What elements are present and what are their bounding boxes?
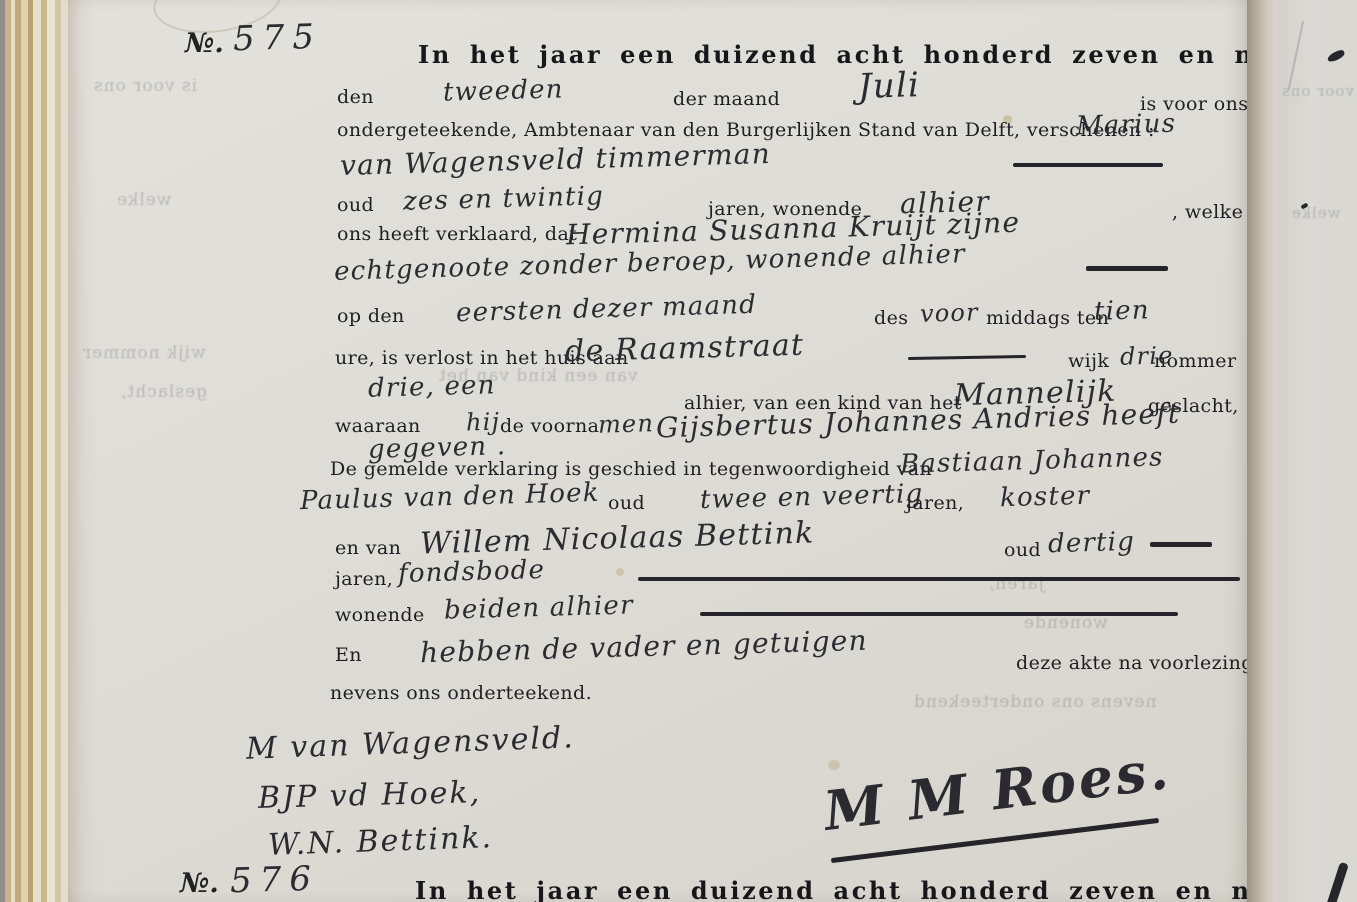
label-oud-2: oud bbox=[608, 492, 645, 514]
field-witness2-occupation: fondsbode bbox=[398, 555, 546, 589]
field-birth-hour: tien bbox=[1094, 295, 1151, 327]
ink-mark bbox=[1326, 49, 1346, 64]
label-verklaard: ons heeft verklaard, dat bbox=[337, 223, 577, 245]
signature-declarant: M van Wagensveld. bbox=[245, 720, 575, 766]
bleedthrough-text: is voor ons bbox=[93, 76, 197, 96]
field-witness1-surname: Paulus van den Hoek bbox=[300, 478, 600, 516]
bleedthrough-text: wonende bbox=[1023, 613, 1108, 633]
field-witness1-names: Bastiaan Johannes bbox=[900, 442, 1164, 479]
bleedthrough-text: welke bbox=[116, 190, 171, 210]
field-house-number: drie, een bbox=[368, 370, 496, 404]
ink-rule bbox=[700, 612, 1178, 616]
signature-witness2: W.N. Bettink. bbox=[267, 820, 493, 863]
label-en-van: en van bbox=[335, 537, 401, 559]
ink-mark bbox=[1326, 862, 1349, 902]
label-middags-ten: middags ten bbox=[986, 307, 1109, 329]
label-de-voorna: de voorna bbox=[500, 415, 599, 437]
field-witness2-name: Willem Nicolaas Bettink bbox=[420, 515, 815, 561]
bleedthrough-text: welke bbox=[1291, 204, 1340, 222]
act-header: In het jaar een duizend acht honderd zev… bbox=[418, 40, 1357, 69]
label-witness-intro: De gemelde verklaring is geschied in teg… bbox=[330, 458, 932, 480]
ink-rule bbox=[1013, 163, 1163, 167]
field-witness2-age: dertig bbox=[1048, 527, 1136, 559]
ink-strike bbox=[908, 355, 1026, 360]
label-der-maand: der maand bbox=[673, 88, 780, 110]
pencil-mark bbox=[1288, 21, 1305, 90]
label-den: den bbox=[337, 86, 374, 108]
ink-rule bbox=[1086, 266, 1168, 271]
field-both-residence: beiden alhier bbox=[444, 590, 634, 625]
field-declarant-firstname: Marius bbox=[1076, 109, 1177, 142]
signature-witness1: BJP vd Hoek, bbox=[258, 775, 482, 816]
field-closing-handwriting: hebben de vader en getuigen bbox=[420, 624, 869, 669]
paper-stain bbox=[616, 568, 624, 576]
document-scan: is voor ons welke wijk nommer geslacht, … bbox=[0, 0, 1357, 902]
field-daypart: voor bbox=[920, 298, 979, 328]
field-day: tweeden bbox=[443, 74, 564, 107]
next-record-number-value: 576 bbox=[229, 859, 319, 901]
label-onderteekend: nevens ons onderteekend. bbox=[330, 682, 592, 704]
next-record-number-label: №. bbox=[180, 868, 219, 899]
field-month: Juli bbox=[857, 65, 920, 107]
label-oud: oud bbox=[337, 194, 374, 216]
label-wijk: wijk bbox=[1068, 350, 1109, 372]
field-witness1-occupation: koster bbox=[1000, 481, 1091, 514]
book-page-edges bbox=[0, 0, 68, 902]
label-voorlezing: deze akte na voorlezing bbox=[1016, 652, 1254, 674]
facing-page: voor ons welke bbox=[1277, 0, 1357, 902]
field-witness1-age: twee en veertig bbox=[700, 479, 924, 515]
label-oud-3: oud bbox=[1004, 539, 1041, 561]
ink-rule bbox=[1150, 542, 1212, 547]
label-wonende: wonende bbox=[335, 604, 425, 626]
label-jaren-2: jaren, bbox=[906, 492, 964, 514]
field-men-suffix: men bbox=[598, 409, 655, 439]
label-nommer: nommer bbox=[1154, 350, 1236, 372]
paper-stain bbox=[828, 760, 840, 770]
field-declarant-name-occupation: van Wagensveld timmerman bbox=[340, 137, 772, 182]
field-street: de Raamstraat bbox=[565, 328, 805, 370]
bleedthrough-text: voor ons bbox=[1281, 82, 1354, 100]
label-en: En bbox=[335, 644, 362, 666]
record-number-value: 575 bbox=[232, 17, 322, 59]
next-act-header: In het jaar een duizend acht honderd zev… bbox=[415, 876, 1357, 902]
bleedthrough-text: geslacht, bbox=[120, 382, 207, 402]
bleedthrough-text: nevens ons onderteekend bbox=[913, 692, 1156, 712]
bleedthrough-text: wijk nommer bbox=[82, 343, 206, 363]
ink-rule bbox=[638, 577, 1240, 581]
field-declarant-age: zes en twintig bbox=[403, 181, 605, 217]
record-number-label: №. bbox=[185, 28, 224, 59]
label-op-den: op den bbox=[337, 305, 405, 327]
label-jaren-3: jaren, bbox=[335, 568, 393, 590]
gutter-fold bbox=[1247, 0, 1277, 902]
field-birth-day: eersten dezer maand bbox=[456, 290, 758, 328]
label-des: des bbox=[874, 307, 908, 329]
register-page: is voor ons welke wijk nommer geslacht, … bbox=[68, 0, 1247, 902]
label-welke: , welke bbox=[1172, 201, 1243, 223]
